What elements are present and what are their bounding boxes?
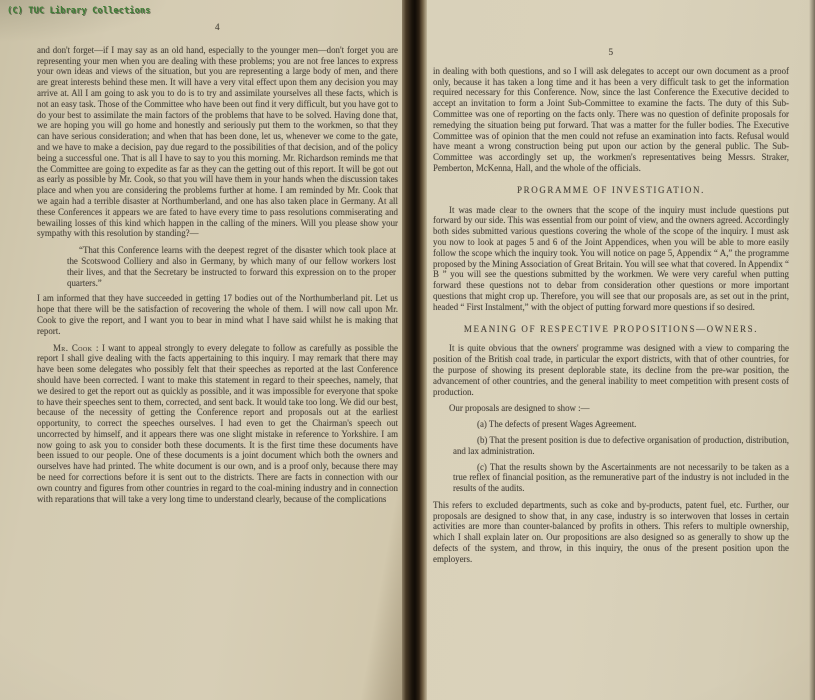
page-number-right: 5 [433,47,789,58]
section-heading-meaning: MEANING OF RESPECTIVE PROPOSITIONS—OWNER… [433,324,789,335]
proposal-item-c: (c) That the results shown by the Ascert… [453,462,789,494]
section-heading-programme: PROGRAMME OF INVESTIGATION. [433,185,789,196]
proposal-item-b: (b) That the present position is due to … [453,435,789,457]
page-edge-shadow [809,0,815,700]
resolution-quote: “That this Conference learns with the de… [67,245,396,288]
page-number-left: 4 [37,22,398,33]
proposals-intro-line: Our proposals are designed to show :— [433,403,789,414]
scanned-book-spread: 4 and don't forget—if I may say as an ol… [0,0,815,700]
closing-paragraph: This refers to excluded departments, suc… [433,500,789,565]
cook-speech-paragraph: Mr. Cook : I want to appeal strongly to … [37,343,398,505]
owners-programme-paragraph: It is quite obvious that the owners' pro… [433,343,789,397]
book-gutter [402,0,427,700]
speaker-name: Mr. Cook : [53,343,99,353]
chairman-speech-paragraph: and don't forget—if I may say as an old … [37,45,398,239]
proposal-item-a: (a) The defects of present Wages Agreeme… [453,419,789,430]
page-left: 4 and don't forget—if I may say as an ol… [0,0,402,700]
programme-paragraph: It was made clear to the owners that the… [433,205,789,313]
sub-committee-paragraph: in dealing with both questions, and so I… [433,66,789,174]
page-right: 5 in dealing with both questions, and so… [427,0,815,700]
bodies-recovered-paragraph: I am informed that they have succeeded i… [37,293,398,336]
library-watermark: (C) TUC Library Collections [7,6,151,16]
cook-speech-text: I want to appeal strongly to every deleg… [37,343,398,504]
